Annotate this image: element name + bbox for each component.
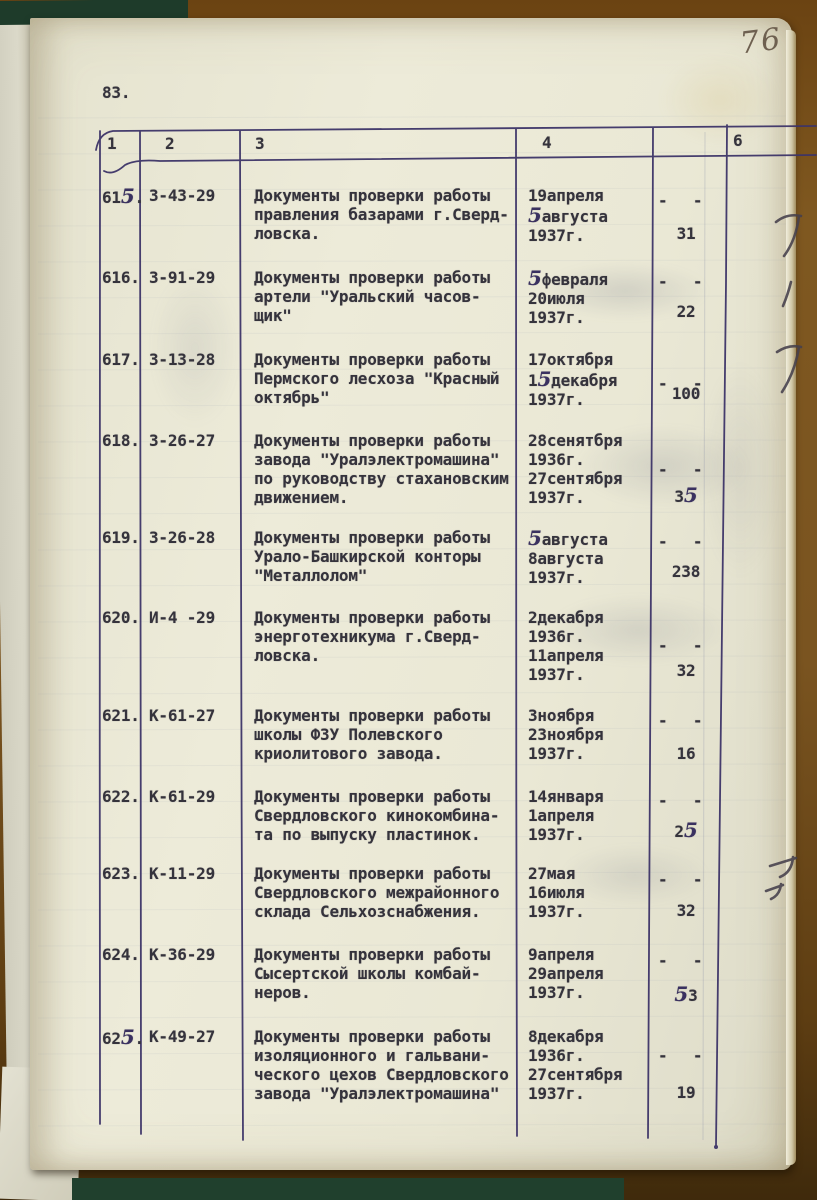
row-sheets-count: 238 <box>650 562 722 581</box>
row-dash: - - <box>658 460 702 479</box>
row-dash: - - <box>658 870 702 889</box>
row-sheets-count: 32 <box>650 661 722 680</box>
row-dash: - - <box>658 951 702 970</box>
row-sheets-count: 31 <box>650 224 722 243</box>
row-dates: 3ноября 23ноября 1937г. <box>528 706 603 763</box>
row-sheets-count: 25 <box>650 820 722 841</box>
row-description: Документы проверки работы Пермского лесх… <box>254 350 499 407</box>
row-dates: 28сенятбря 1936г. 27сентября 1937г. <box>528 431 622 507</box>
row-code: З-26-27 <box>149 431 215 450</box>
row-dash: - - <box>658 711 702 730</box>
column-header-6: 6 <box>733 131 742 150</box>
row-number: 615. <box>102 186 144 207</box>
row-code: К-61-29 <box>149 787 215 806</box>
scanned-archive-page: 83. 1 2 3 4 6 76 615.З-43-29Документы пр… <box>0 0 817 1200</box>
row-code: К-61-27 <box>149 706 215 725</box>
row-sheets-count: 100 <box>650 384 722 403</box>
row-dates: 5августа 8августа 1937г. <box>528 528 608 587</box>
row-code: З-13-28 <box>149 350 215 369</box>
row-description: Документы проверки работы правления база… <box>254 186 509 243</box>
row-dates: 8декабря 1936г. 27сентября 1937г. <box>528 1027 622 1103</box>
row-number: 618. <box>102 431 140 450</box>
column-header-3: 3 <box>255 134 264 153</box>
row-code: З-26-28 <box>149 528 215 547</box>
row-dash: - - <box>658 191 702 210</box>
row-dash: - - <box>658 272 702 291</box>
page-edge-right <box>786 30 796 1165</box>
row-number: 616. <box>102 268 140 287</box>
row-sheets-count: 32 <box>650 901 722 920</box>
row-sheets-count: 22 <box>650 302 722 321</box>
row-dash: - - <box>658 1046 702 1065</box>
row-number: 619. <box>102 528 140 547</box>
row-description: Документы проверки работы артели "Уральс… <box>254 268 490 325</box>
row-description: Документы проверки работы Урало-Башкирск… <box>254 528 490 585</box>
row-dates: 2декабря 1936г. 11апреля 1937г. <box>528 608 603 684</box>
row-sheets-count: 53 <box>650 984 722 1005</box>
row-dash: - - <box>658 636 702 655</box>
handwritten-folio-number: 76 <box>738 22 784 62</box>
book-cover-green-bottom <box>72 1178 624 1200</box>
row-code: К-36-29 <box>149 945 215 964</box>
row-description: Документы проверки работы Свердловского … <box>254 864 499 921</box>
row-description: Документы проверки работы завода "Уралэл… <box>254 431 509 507</box>
row-code: И-4 -29 <box>149 608 215 627</box>
row-dates: 14января 1апреля 1937г. <box>528 787 603 844</box>
row-sheets-count: 35 <box>650 485 722 506</box>
row-number: 624. <box>102 945 140 964</box>
row-number: 623. <box>102 864 140 883</box>
row-dates: 9апреля 29апреля 1937г. <box>528 945 603 1002</box>
column-header-2: 2 <box>165 134 174 153</box>
row-description: Документы проверки работы изоляционного … <box>254 1027 509 1103</box>
row-code: К-11-29 <box>149 864 215 883</box>
row-sheets-count: 19 <box>650 1083 722 1102</box>
row-description: Документы проверки работы школы ФЗУ Поле… <box>254 706 490 763</box>
row-code: К-49-27 <box>149 1027 215 1046</box>
row-number: 621. <box>102 706 140 725</box>
row-dates: 17октября 15декабря 1937г. <box>528 350 617 409</box>
row-description: Документы проверки работы энерготехникум… <box>254 608 490 665</box>
row-number: 620. <box>102 608 140 627</box>
row-code: З-91-29 <box>149 268 215 287</box>
row-description: Документы проверки работы Свердловского … <box>254 787 499 844</box>
row-dates: 27мая 16июля 1937г. <box>528 864 585 921</box>
row-number: 622. <box>102 787 140 806</box>
column-header-4: 4 <box>542 133 551 152</box>
row-code: З-43-29 <box>149 186 215 205</box>
row-dash: - - <box>658 532 702 551</box>
column-header-1: 1 <box>107 134 116 153</box>
row-dates: 5февраля 20июля 1937г. <box>528 268 608 327</box>
row-number: 617. <box>102 350 140 369</box>
page-number-typed: 83. <box>102 83 130 102</box>
row-sheets-count: 16 <box>650 744 722 763</box>
row-number: 625. <box>102 1027 144 1048</box>
row-description: Документы проверки работы Сысертской шко… <box>254 945 490 1002</box>
row-dash: - - <box>658 791 702 810</box>
row-dates: 19апреля 5августа 1937г. <box>528 186 608 245</box>
